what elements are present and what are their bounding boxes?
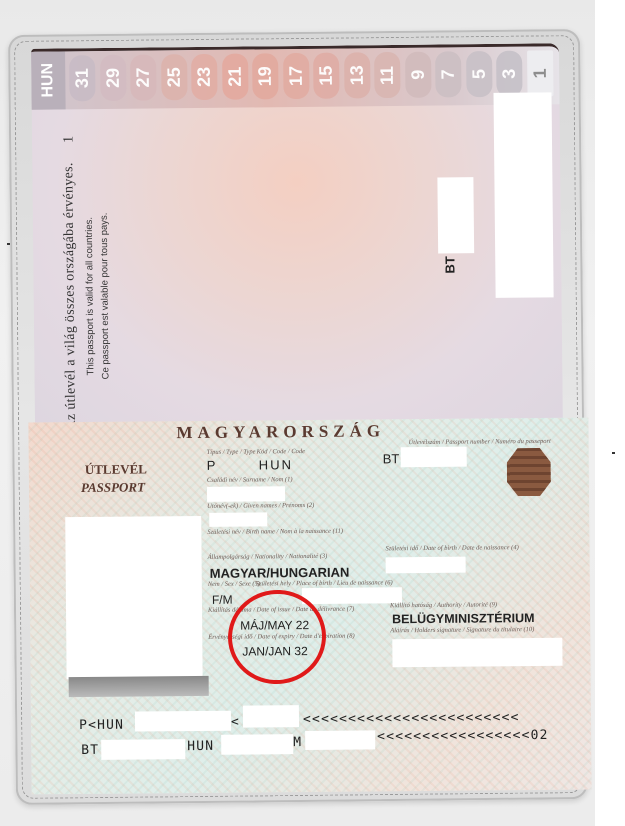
authority-label: Kiállító hatóság / Authority / Autorité … (390, 601, 497, 609)
code-label: Kód / Code / Code (257, 448, 305, 455)
page-tab-3: 3 (496, 51, 522, 97)
authority-value: BELÜGYMINISZTÉRIUM (392, 611, 534, 626)
type-label: Típus / Type / Type (207, 448, 256, 455)
page-number: 1 (61, 136, 77, 143)
page-tab-17: 17 (283, 53, 309, 99)
birth-name-label: Születési név / Birth name / Nom à la na… (207, 528, 343, 536)
page-tab-21: 21 (222, 54, 248, 100)
scan-speck (7, 243, 10, 245)
code-value: HUN (259, 457, 293, 472)
mrz-line-1-mid: < (231, 715, 240, 730)
validity-statement: Az útlevél a világ összes országába érvé… (60, 146, 153, 432)
photo-edge (69, 676, 209, 697)
page-tab-23: 23 (191, 54, 217, 100)
redacted-surname (207, 486, 285, 502)
serial-prefix-vertical: BT (442, 256, 457, 273)
redacted-dob (386, 557, 466, 574)
validity-hu: Az útlevél a világ összes országába érvé… (60, 146, 80, 431)
validity-en: This passport is valid for all countries… (83, 146, 97, 432)
redacted-serial-vertical (437, 177, 474, 253)
surname-label: Családi név / Surname / Nom (1) (207, 476, 293, 484)
page-tab-9: 9 (405, 52, 431, 98)
dob-label: Születési idő / Date of birth / Date de … (385, 544, 518, 552)
passport-top-page: HUN 312927252321191715131197531 1 Az útl… (31, 43, 563, 432)
type-value: P (207, 458, 216, 473)
mrz-line-1-end: <<<<<<<<<<<<<<<<<<<<<<<< (303, 710, 520, 727)
mrz-line-2-mid2: M (293, 735, 302, 750)
redacted-mrz-1b (243, 705, 299, 727)
sex-value: F/M (212, 593, 233, 607)
title-hu: ÚTLEVÉL (85, 461, 147, 478)
redacted-mrz-2b (221, 734, 293, 755)
redacted-block-top (493, 92, 553, 298)
mrz-line-2-end: <<<<<<<<<<<<<<<<<02 (377, 728, 549, 744)
page-tab-15: 15 (313, 53, 339, 99)
page-tab-strip: HUN 312927252321191715131197531 (31, 46, 560, 110)
page-tab-25: 25 (161, 54, 187, 100)
page-tab-19: 19 (252, 53, 278, 99)
page-tab-31: 31 (69, 55, 95, 101)
given-names-label: Utónév(-ek) / Given names / Prénoms (2) (207, 502, 314, 510)
redacted-given-names (209, 512, 267, 527)
redacted-passport-number (401, 447, 467, 468)
redacted-signature (392, 638, 562, 667)
redacted-mrz-1a (135, 711, 231, 732)
passport-number-label: Útlevélszám / Passport number / Numéro d… (409, 438, 551, 446)
mrz-line-1-start: P<HUN (79, 718, 124, 733)
nationality-value: MAGYAR/HUNGARIAN (210, 565, 350, 581)
redacted-mrz-2a (101, 739, 185, 760)
page-tab-27: 27 (130, 54, 156, 100)
page-tab-29: 29 (100, 55, 126, 101)
page-tab-13: 13 (344, 52, 370, 98)
signature-label: Aláírás / Holders signature / Signature … (390, 626, 534, 634)
mrz-line-2-start: BT (81, 743, 99, 758)
page-tab-11: 11 (374, 52, 400, 98)
title-en: PASSPORT (81, 479, 145, 496)
validity-fr: Ce passport est valable pour tous pays. (98, 146, 112, 432)
page-tab-7: 7 (435, 51, 461, 97)
passport-number-value: BT (383, 451, 400, 466)
country-tab: HUN (31, 51, 66, 109)
security-chip-icon (507, 448, 551, 496)
mrz-line-2-mid1: HUN (187, 739, 214, 754)
page-tab-1: 1 (527, 50, 553, 96)
redacted-photo (65, 516, 202, 679)
pob-label: Születési hely / Place of birth / Lieu d… (256, 579, 393, 587)
nationality-label: Állampolgárság / Nationality / Nationali… (208, 553, 328, 561)
redacted-mrz-2c (305, 730, 375, 750)
page-tab-5: 5 (466, 51, 492, 97)
scan-speck (612, 452, 615, 454)
sex-label: Nem / Sex / Sexe (5) (208, 580, 260, 587)
redacted-pob (302, 587, 402, 604)
country-heading: MAGYARORSZÁG (176, 421, 385, 443)
